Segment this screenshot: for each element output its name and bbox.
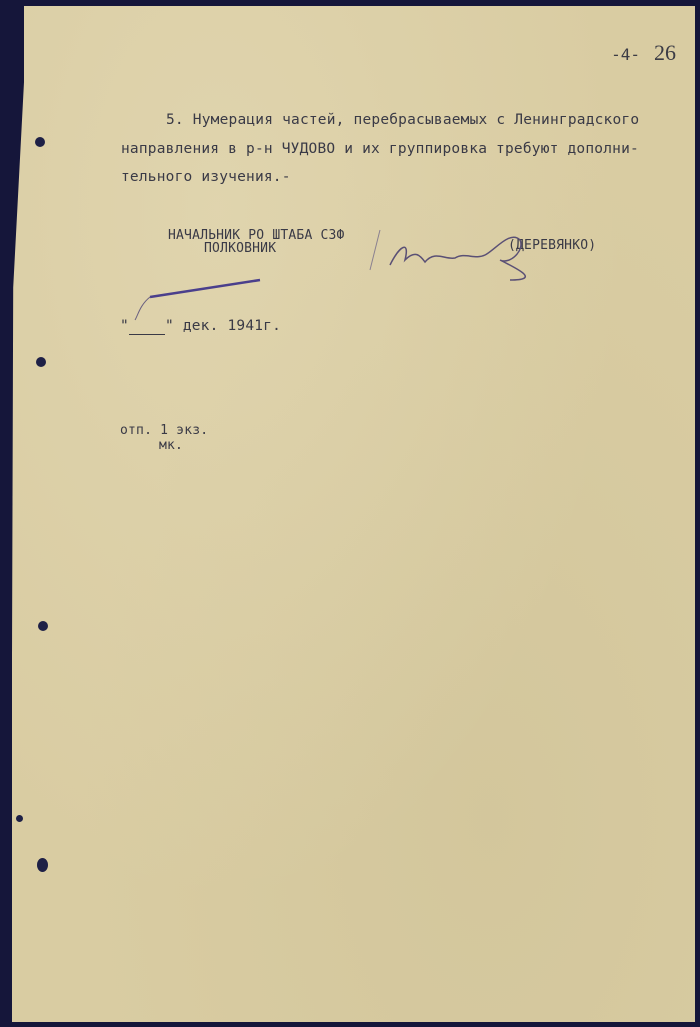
page-number: -4-26 <box>611 40 676 66</box>
page-marker: -4- <box>611 45 640 64</box>
quote-open: " <box>120 318 129 334</box>
paragraph-line-3: тельного изучения.- <box>121 169 291 185</box>
document-page <box>12 6 695 1022</box>
date-month-year: дек. 1941г. <box>183 318 281 334</box>
quote-close: " <box>165 318 174 334</box>
paragraph-line-1: 5. Нумерация частей, перебрасываемых с Л… <box>166 112 639 128</box>
handwritten-signature-icon <box>360 210 550 290</box>
punch-hole-icon <box>16 815 23 822</box>
punch-hole-icon <box>37 858 48 872</box>
page-number-value: 26 <box>654 40 676 65</box>
punch-hole-icon <box>35 137 45 147</box>
punch-hole-icon <box>36 357 46 367</box>
date-day: 15 <box>129 318 165 335</box>
footer-line-1: отп. 1 экз. <box>120 423 208 438</box>
signature-title-2: ПОЛКОВНИК <box>204 241 276 256</box>
paragraph-line-2: направления в р-н ЧУДОВО и их группировк… <box>121 141 639 157</box>
punch-hole-icon <box>38 621 48 631</box>
footer-line-2: мк. <box>159 438 183 453</box>
date-line: "15" дек. 1941г. <box>120 318 281 335</box>
